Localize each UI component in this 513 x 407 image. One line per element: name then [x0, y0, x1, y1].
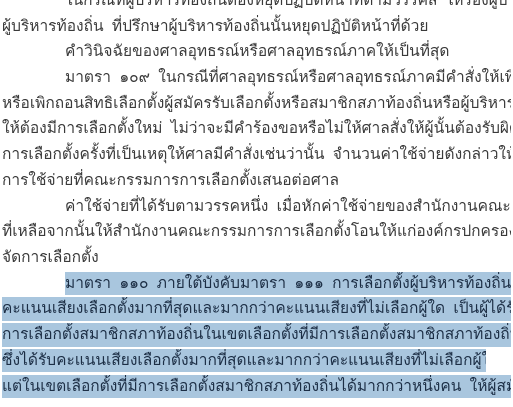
text-line[interactable]: ที่เหลือจากนั้นให้สำนักงานคณะกรรมการการเ… [2, 219, 511, 245]
text-line[interactable]: คำวินิจฉัยของศาลอุทธรณ์หรือศาลอุทธรณ์ภาค… [2, 39, 511, 65]
selected-text-line[interactable]: การเลือกตั้งสมาชิกสภาท้องถิ่นในเขตเลือกต… [2, 322, 511, 348]
text-line[interactable]: มาตรา ๑๐๙ ในกรณีที่ศาลอุทธรณ์หรือศาลอุทธ… [2, 65, 511, 91]
selected-text-line[interactable]: คะแนนเสียงเลือกตั้งมากที่สุดและมากกว่าคะ… [2, 296, 511, 322]
text-line[interactable]: ให้ต้องมีการเลือกตั้งใหม่ ไม่ว่าจะมีคำร้… [2, 116, 511, 142]
text-line[interactable]: หรือเพิกถอนสิทธิเลือกตั้งผู้สมัครรับเลือ… [2, 91, 511, 117]
text-line[interactable]: จัดการเลือกตั้ง [2, 245, 511, 271]
selected-text-line[interactable]: มาตรา ๑๑๐ ภายใต้บังคับมาตรา ๑๑๑ การเลือก… [2, 271, 511, 297]
text-line[interactable]: ค่าใช้จ่ายที่ได้รับตามวรรคหนึ่ง เมื่อหัก… [2, 194, 511, 220]
selected-text-line[interactable]: แต่ในเขตเลือกตั้งที่มีการเลือกตั้งสมาชิก… [2, 373, 511, 399]
text-line[interactable]: ผู้บริหารท้องถิ่น ที่ปรึกษาผู้บริหารท้อง… [2, 14, 511, 40]
document-page: ในกรณีที่ผู้บริหารท้องถิ่นต้องหยุดปฏิบัต… [0, 0, 513, 407]
text-line[interactable]: การใช้จ่ายที่คณะกรรมการการเลือกตั้งเสนอต… [2, 168, 511, 194]
text-line[interactable]: การเลือกตั้งครั้งที่เป็นเหตุให้ศาลมีคำสั… [2, 142, 511, 168]
text-line[interactable]: ในกรณีที่ผู้บริหารท้องถิ่นต้องหยุดปฏิบัต… [2, 0, 511, 14]
selected-text-line[interactable]: ซึ่งได้รับคะแนนเสียงเลือกตั้งมากที่สุดแล… [2, 348, 511, 374]
